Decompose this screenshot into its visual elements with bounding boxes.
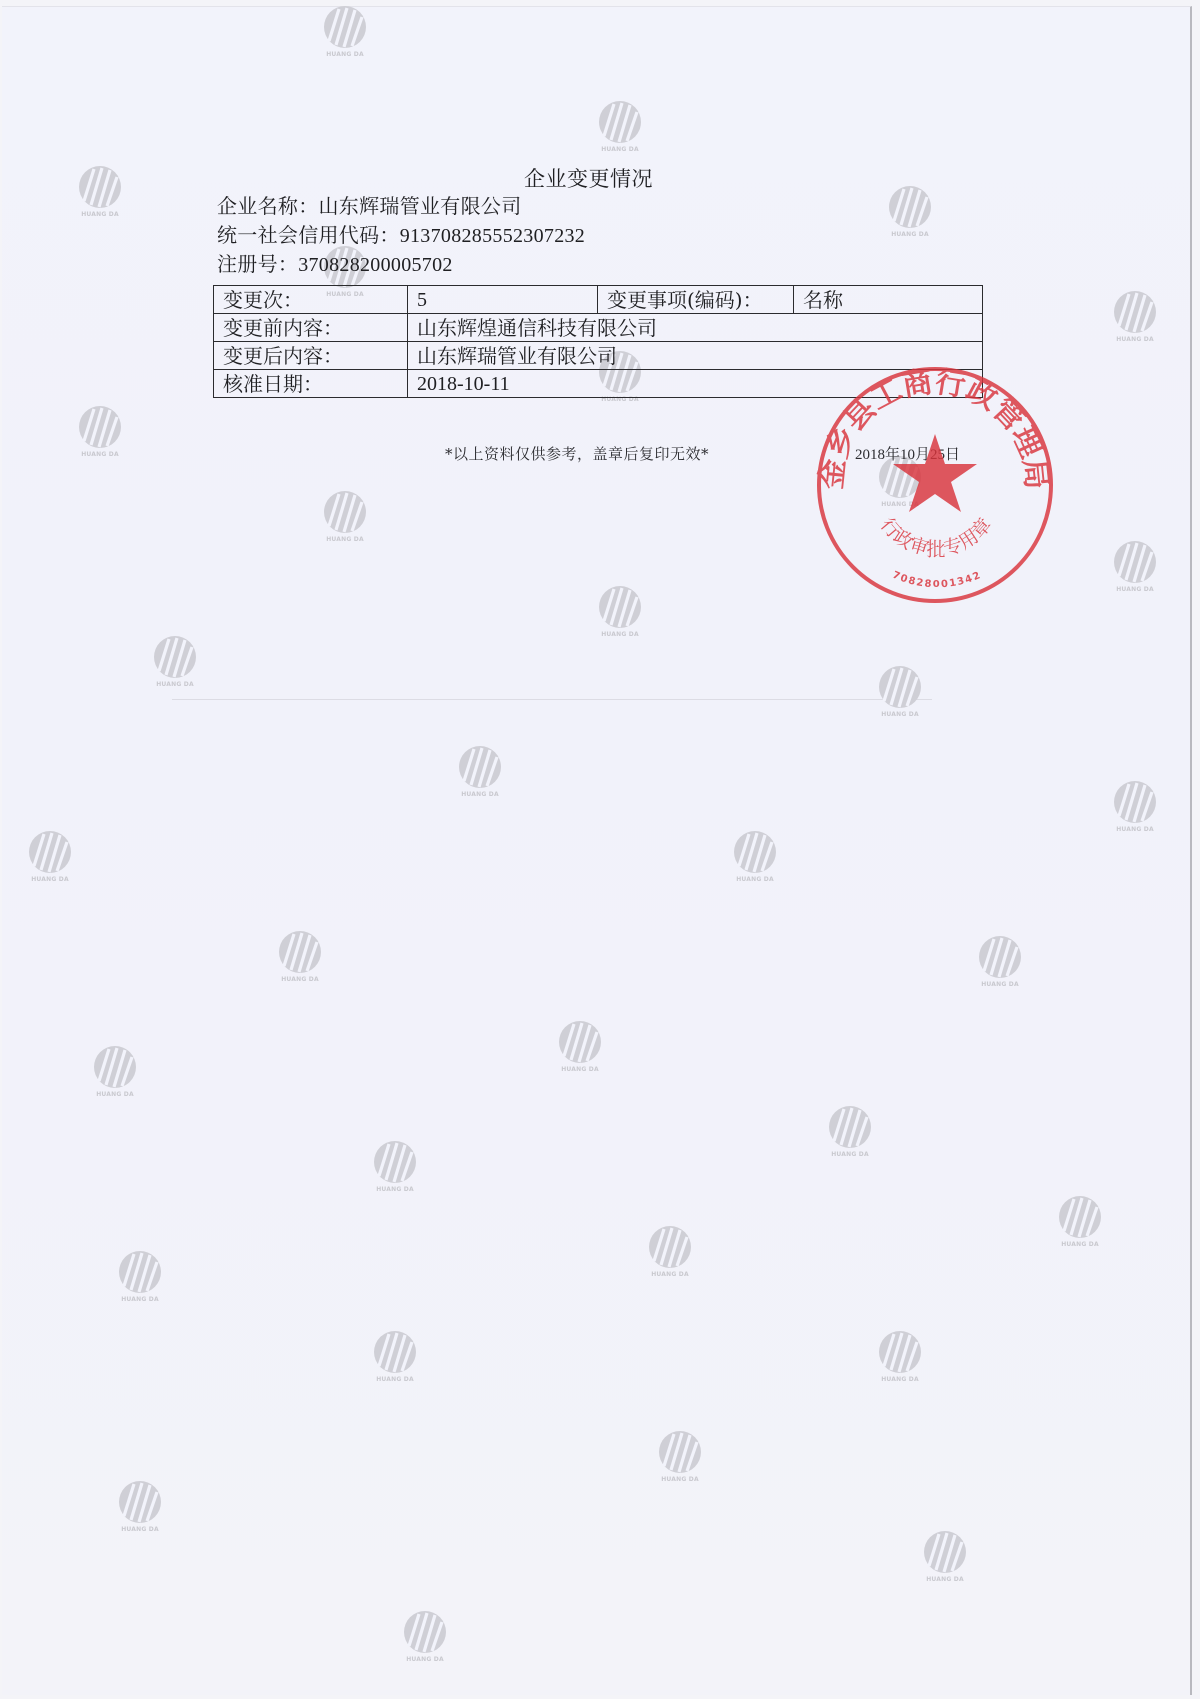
credit-code-value: 913708285552307232 (400, 225, 585, 247)
change-count-value: 5 (408, 286, 598, 314)
change-item-value: 名称 (794, 286, 983, 314)
before-value: 山东辉煌通信科技有限公司 (408, 314, 983, 342)
reg-no-label: 注册号： (217, 252, 298, 276)
document-page (2, 6, 1192, 1695)
company-name-label: 企业名称： (217, 194, 319, 218)
company-name-value: 山东辉瑞管业有限公司 (319, 194, 522, 218)
reg-no-line: 注册号：370828200005702 (217, 248, 453, 277)
table-row-change-count: 变更次： 5 变更事项(编码)： 名称 (214, 286, 983, 314)
change-count-label: 变更次： (214, 286, 408, 314)
disclaimer-text: *以上资料仅供参考，盖章后复印无效* (445, 443, 709, 464)
table-row-before: 变更前内容： 山东辉煌通信科技有限公司 (214, 314, 983, 342)
change-details-table: 变更次： 5 变更事项(编码)： 名称 变更前内容： 山东辉煌通信科技有限公司 … (213, 285, 983, 398)
fold-line (172, 699, 932, 700)
approval-date-value: 2018-10-11 (408, 370, 983, 398)
approval-date-label: 核准日期： (214, 370, 408, 398)
after-label: 变更后内容： (214, 342, 408, 370)
credit-code-label: 统一社会信用代码： (217, 223, 400, 247)
print-date: 2018年10月25日 (855, 443, 960, 464)
after-value: 山东辉瑞管业有限公司 (408, 342, 983, 370)
credit-code-line: 统一社会信用代码：913708285552307232 (217, 219, 585, 248)
change-item-label: 变更事项(编码)： (598, 286, 794, 314)
reg-no-value: 370828200005702 (298, 254, 453, 276)
company-name-line: 企业名称：山东辉瑞管业有限公司 (217, 190, 522, 219)
table-row-after: 变更后内容： 山东辉瑞管业有限公司 (214, 342, 983, 370)
table-row-approval-date: 核准日期： 2018-10-11 (214, 370, 983, 398)
document-title: 企业变更情况 (524, 163, 653, 193)
before-label: 变更前内容： (214, 314, 408, 342)
